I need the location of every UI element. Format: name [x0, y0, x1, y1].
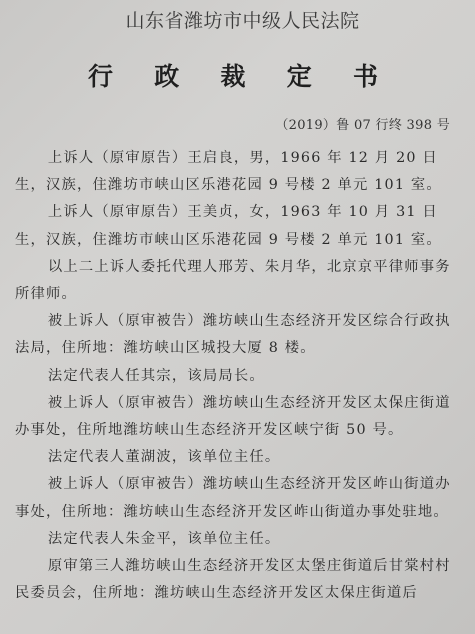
- paragraph-appellee-1: 被上诉人（原审被告）潍坊峡山生态经济开发区综合行政执法局，住所地：潍坊峡山区城投…: [15, 308, 465, 362]
- document-title: 行 政 裁 定 书: [88, 57, 378, 93]
- case-number: （2019）鲁 07 行终 398 号: [275, 114, 450, 133]
- paragraph-appellant-2: 上诉人（原审原告）王美贞，女，1963 年 10 月 31 日生，汉族，住潍坊市…: [15, 199, 465, 253]
- paragraph-legal-rep-2: 法定代表人董湖波，该单位主任。: [15, 444, 465, 471]
- paragraph-legal-rep-1: 法定代表人任其宗，该局局长。: [15, 363, 465, 390]
- title-char: 政: [154, 57, 179, 93]
- paragraph-legal-rep-3: 法定代表人朱金平，该单位主任。: [15, 526, 465, 553]
- title-char: 书: [353, 57, 378, 93]
- document-body: 上诉人（原审原告）王启良，男，1966 年 12 月 20 日生，汉族，住潍坊市…: [15, 145, 465, 607]
- paragraph-appellant-1: 上诉人（原审原告）王启良，男，1966 年 12 月 20 日生，汉族，住潍坊市…: [15, 145, 465, 199]
- paragraph-third-party: 原审第三人潍坊峡山生态经济开发区太堡庄街道后甘棠村村民委员会，住所地：潍坊峡山生…: [15, 553, 465, 607]
- title-char: 行: [88, 57, 113, 93]
- paragraph-agents: 以上二上诉人委托代理人邢芳、朱月华，北京京平律师事务所律师。: [15, 254, 465, 308]
- document-page: 山东省潍坊市中级人民法院 行 政 裁 定 书 （2019）鲁 07 行终 398…: [0, 0, 475, 634]
- title-char: 定: [287, 57, 312, 93]
- paragraph-appellee-2: 被上诉人（原审被告）潍坊峡山生态经济开发区太保庄街道办事处，住所地潍坊峡山生态经…: [15, 390, 465, 444]
- title-char: 裁: [220, 57, 245, 93]
- court-name: 山东省潍坊市中级人民法院: [0, 6, 475, 33]
- paragraph-appellee-3: 被上诉人（原审被告）潍坊峡山生态经济开发区岞山街道办事处，住所地：潍坊峡山生态经…: [15, 471, 465, 525]
